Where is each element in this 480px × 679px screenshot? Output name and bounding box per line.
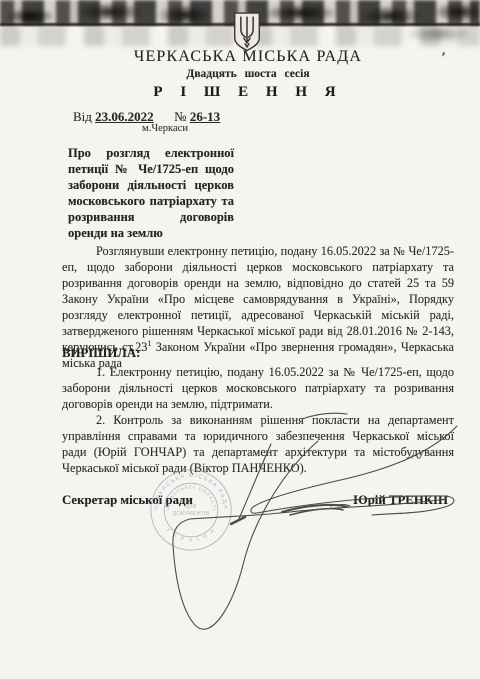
resolution-item-2: 2. Контроль за виконанням рішення поклас… [62,412,454,476]
scanner-noise-smudge [396,25,480,47]
signature-row: Секретар міської ради Юрій ТРЕНКІН [62,493,448,508]
resolved-label: ВИРІШИЛА: [62,346,140,361]
date-value: 23.06.2022 [95,109,154,124]
document-type-title: Р І Ш Е Н Н Я [0,84,480,101]
city-label: м.Черкаси [100,123,230,134]
tryzub-coat-of-arms-icon [229,11,265,52]
stamp-center-line1: ДЛЯ [186,504,197,510]
signer-name: Юрій ТРЕНКІН [353,493,448,508]
session-subtitle: Двадцять шоста сесія [0,68,480,80]
date-label: Від [73,109,92,124]
number-label: № [174,109,186,124]
resolution-item-1: 1. Електронну петицію, подану 16.05.2022… [62,364,454,412]
subject-block: Про розгляд електронної петиції № Че/172… [68,145,234,241]
official-round-stamp-icon: ЧЕРКАСЬКА МІСЬКА РАДА ЧЕРКАСЬКОЇ ОБЛАСТІ… [148,467,234,553]
number-value: 26-13 [190,109,220,124]
org-title: ЧЕРКАСЬКА МІСЬКА РАДА [0,48,480,66]
preamble-text: Розглянувши електронну петицію, подану 1… [62,244,454,354]
scanned-decision-document: ЧЕРКАСЬКА МІСЬКА РАДА Двадцять шоста сес… [0,0,480,679]
stamp-center-line2: ДОКУМЕНТІВ [173,511,210,517]
